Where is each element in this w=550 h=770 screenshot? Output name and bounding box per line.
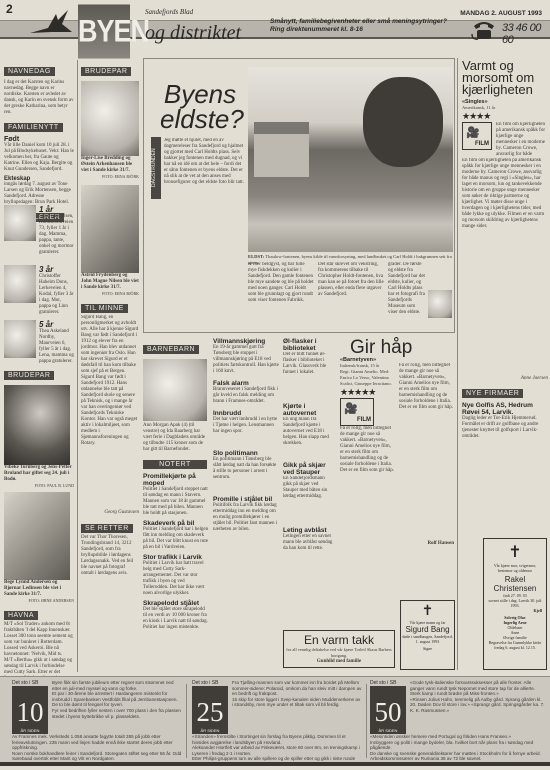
wedding-photo-4 [81,185,139,273]
anniv-number-box: 50ÅR SIDEN [370,686,406,734]
issue-date: MANDAG 2. AUGUST 1993 [460,10,542,17]
footer-block-10: Det sto i SB 10ÅR SIDEN Byen fikk sin fø… [12,680,182,762]
takk-title: En varm takk [284,633,394,647]
anniv-number: 25 [197,697,224,727]
footer-items-top: Byen fikk sin første jubileum etter regn… [52,680,182,734]
main-headline: Byens eldste? [160,82,240,132]
familienytt-label: FAMILIENYTT [4,123,63,132]
news-text: En 19-år gammel gutt fra Tønsberg ble st… [213,345,279,375]
mid-news-column-2: Øl-flasker i biblioteket Det er blitt fu… [283,338,333,552]
footer-block-top: Det sto i SB 50ÅR SIDEN «Gode tysk-itali… [370,680,546,734]
review-mid-right: Få er rolig, men nittegliet de mange gir… [399,357,454,547]
wedding-photo-2 [4,492,70,580]
kicker-label: DAGSTRUNDEN [151,137,161,199]
news-heading: Falsk alarm [213,380,279,387]
film-row: 🎥FILM En film om kjærligheten på amerika… [462,122,548,158]
obit-name: Rakel Christensen [484,575,546,593]
news-text: Det har vært innbrudd i en hytte i Tjøme… [213,417,279,435]
footer-item: Et par i 30-årene ble arrestert i Hardan… [52,691,182,708]
obituary-rakel-christensen: ✝ Vår kjære mor, svigermor, bestemor og … [483,538,547,670]
footer-divider [366,684,367,758]
barnebarn-label: BARNEBARN [143,345,199,354]
second-column: BRUDEPAR Inger-Lise Bredding og Østein A… [81,60,139,577]
obituary-sigurd-bang: ✝ Vår kjære mann og far Sigurd Bang døde… [400,600,455,670]
review-mid-body: «Barnetyven» Italiensk/fransk, 15 år Reg… [340,357,455,547]
seabird-logo-icon [28,8,73,36]
til-minne-label: TIL MINNE [81,304,128,313]
obit-text: døde i sandhaugen, Sandefjord, 1. august… [401,634,454,644]
footer-item: 15 skip for store ligget i Svep-kanalen … [232,697,362,708]
notert-heading: Promillekjørte på moped [143,473,209,487]
anniv-box: Det sto i SB 10ÅR SIDEN [12,680,48,734]
wedding-caption-4: Astrid Frydenberg og John Magne Nilsen b… [81,273,139,291]
fodt-heading: Født [4,136,74,143]
photo-credit: FOTO: PAUL B. LUND [4,483,74,489]
children-photo [143,359,207,421]
news-heading: Øl-flasker i biblioteket [283,338,333,352]
news-text: Politifolk fra Larvik fikk lørdag etterm… [213,503,279,533]
tips-line-2: Ring direktenummeret kl. 8-16 [270,26,447,34]
gratulerer-text: Christoffer Haheim Dons, Lerkeveien 4, K… [39,274,74,316]
footer-block-50: Det sto i SB 50ÅR SIDEN «Gode tysk-itali… [370,680,546,762]
anniv-sub: ÅR SIDEN [370,728,406,733]
main-body-4: grader. De første og eldste fra Sandefjo… [388,262,426,330]
author-photo [428,290,452,318]
footer-item: Arbeidskommissærer av Rumania 36 av 72 b… [370,756,546,762]
section-logo: BYEN [78,4,130,58]
building-shape [254,122,309,177]
footer-block-top: Det sto i SB 10ÅR SIDEN Byen fikk sin fø… [12,680,182,734]
caption-lead: ELDST: [248,254,264,259]
photo-credit-3: FOTO: ERNA BJÖRK [81,174,139,180]
news-heading: Villmannskjøring [213,338,279,345]
age-label: 3 år [39,265,74,274]
child-photo [4,205,36,241]
review-mid-text: Få er rolig, men nittegliet de mange gir… [340,426,395,526]
anniv-number: 10 [17,697,44,727]
wedding-caption-2: Bege Lynnd Andersen og Bjørnar Ledinsen … [4,580,74,598]
mid-news-column: Villmannskjøring En 19-år gammel gutt fr… [213,338,279,533]
footer-item: «Gode tysk-italienske forsvarssuksesser … [410,680,546,697]
news-heading: Slo politimann [213,450,279,457]
review-barnetyven: Gir håp «Barnetyven» Italiensk/fransk, 1… [340,338,455,547]
notert-text: Politiet i Sandefjord har i helgen fått … [143,527,209,551]
notert-text: Det ble stjålet store skrapelodd til en … [143,607,209,631]
film-label: FILM [475,141,489,147]
se-retter-label: SE RETTER [81,524,133,533]
film-credits: Regi: Gianni Amelio. Med: Enrico Lo Vers… [340,369,395,387]
age-label: 5 år [39,320,74,329]
takk-signature: Gunhild med familie [284,659,394,665]
footer-divider [186,684,187,758]
notert-text: Politiet i Larvik har hatt travel helg m… [143,561,209,597]
notert-label: NOTERT [143,460,207,469]
footer-item: Aleksander Hiortfelt var arbeid av Fiske… [192,745,362,756]
wedding-caption-3: Inger-Lise Bredding og Østein Arkenhause… [81,156,139,174]
review-headline: Varmt og morsomt om kjærligheten [462,60,548,96]
obit-funeral: Begravelse fra Grønnlykke kirke fredag 6… [484,640,546,650]
news-text: En ung mann fra Sandefjord kjørte i auto… [283,417,333,459]
anniv-box: Det sto i SB 25ÅR SIDEN [192,680,228,734]
review-intro: En film om kjærligheten på amerikansk sp… [496,122,546,158]
photo-credit-2: FOTO: ØRNE ANDERSEN [4,598,74,604]
fodt-text: Vår lille Daniel kom 10 juli 28. i Jul p… [4,143,74,173]
review-body: En film om kjærligheten på amerikansk sp… [462,158,548,376]
left-column: NAVNEDAG I dag er det Karsten og Karins … [4,60,74,224]
firm-headline: Nye Golfis AS, Hedrum Røvei 54, Larvik. [462,402,548,416]
til-minne-signature: Georg Gustavsen [81,510,139,516]
page-number: 2 [6,2,13,16]
footer-items-top: «Gode tysk-italienske forsvarssuksesser … [410,680,546,734]
column-divider-right [457,58,458,670]
review-singles: Varmt og morsomt om kjærligheten «Single… [462,60,548,440]
phone-number: 33 46 00 60 [502,22,550,46]
obit-text: sovnet stille i dag. Larvik 30. juli 199… [484,598,546,608]
footer-item: «Rinsen Julius Hahn, temmelig på Aulby g… [410,697,546,714]
review-mid-left: «Barnetyven» Italiensk/fransk, 15 år Reg… [340,357,395,547]
child-photo [4,265,36,303]
camera-glyph: 🎥 [466,126,480,139]
footer-block-top: Det sto i SB 25ÅR SIDEN Fra Tjølling-man… [192,680,362,734]
main-body-3: Det står skrevet om vekstring, fra komme… [318,262,384,330]
notert-heading: Skadeverk på bil [143,520,209,527]
obit-pre: Vår kjære mor, svigermor, bestemor og ol… [484,563,546,573]
navnedag-label: NAVNEDAG [4,67,55,76]
footer-item: «Stranden» fremstilte i Stortinget sin f… [192,734,362,745]
gratulerer-item: 3 år Christoffer Haheim Dons, Lerkeveien… [4,265,74,320]
gratulerer-list: 1 år Stine Gabrielsen, Hundsholmveien 73… [4,205,74,370]
review-mid-signature: Rolf Hansen [399,541,454,547]
nye-firmaer-label: NYE FIRMAER [462,389,523,398]
havna-text-1: M/T «Sol Trader» ankom med 6t fraktbåten… [4,622,74,658]
footer-block-25: Det sto i SB 25ÅR SIDEN Fra Tjølling-man… [192,680,362,768]
footer-item: Fyr ved bedriften fyller nesten i over 7… [52,708,182,719]
takk-text: for all vennlig deltakelse ved vår kjære… [284,647,394,659]
news-heading: Promille i stjålet bil [213,496,279,503]
anniv-number: 50 [375,697,402,727]
obit-name: Sigurd Bang [401,625,454,634]
se-retter-text: Det var Thor Thoresen, Trondingsbrand 14… [81,535,139,577]
film-camera-icon: 🎥FILM [462,122,492,150]
gratulerer-text: Thea Askeland Nordby, Maurveien 6, fylle… [39,329,74,365]
review-mid-text-2: Få er rolig, men nittegliet de mange gir… [399,363,454,541]
film-camera-icon-2: 🎥FILM [340,398,374,426]
anniv-number-box: 25ÅR SIDEN [192,686,228,734]
takk-box: En varm takk for all vennlig deltakelse … [283,630,395,668]
footer-item: Fra Tjølling-mannen som var kommet inn f… [232,680,362,697]
film-label-2: FILM [357,417,371,423]
news-text: Brannvesenet i Sandefjord fikk i går kve… [213,387,279,405]
obit-sign: Kjell [484,608,546,613]
review-mid-headline: Gir håp [350,338,455,357]
child-photo [4,320,36,358]
footer-item: Byen fikk sin første jubileum etter regn… [52,680,182,691]
telephone-icon [470,20,498,40]
brudepar-label: BRUDEPAR [4,371,54,380]
fountain-photo [248,67,453,252]
cross-icon: ✝ [484,543,546,563]
footer-item: Av Framnes mek. Verksteds 1.058 ansatte … [12,734,182,751]
anniv-sub: ÅR SIDEN [192,728,228,733]
section-subtitle: og distriktet [145,22,241,45]
news-text: Letingen etter en savnet mann ble avblås… [283,534,333,552]
tree-shape [363,77,443,167]
obit-sign: Signe [401,646,454,651]
gratulerer-item: 5 år Thea Askeland Nordby, Maurveien 6, … [4,320,74,370]
footer-item: Innbyggere og politi i mange bydeler, bl… [370,740,546,751]
wedding-photo [4,385,70,465]
cross-icon: ✝ [401,604,454,620]
gratulerer-text: Stine Gabrielsen, Hundsholmveien 73, fyl… [39,214,74,256]
navnedag-text: I dag er det Karsten og Karins navnedag.… [4,80,74,116]
news-heading: Innbrudd [213,410,279,417]
notert-heading: Skrapelodd stjålet [143,600,209,607]
news-text: En Sandefjordsmann gikk på skjær ved Sta… [283,476,333,524]
anniv-number-box: 10ÅR SIDEN [12,686,48,734]
anniv-box: Det sto i SB 50ÅR SIDEN [370,680,406,734]
anniv-sub: ÅR SIDEN [12,728,48,733]
ekteskap-text: inngås lørdag 7. august av Tone Larsen o… [4,182,74,206]
review-signature: Anne Jaersen [462,376,548,382]
age-label: 1 år [39,205,74,214]
firm-text: Daglig leder er Tor-Erik Hjemmerud. Form… [462,416,548,440]
main-body-1: Jeg møtte et hjulet, med en av dagmerele… [164,138,244,266]
paper-name: Sandefjords Blad [145,8,193,16]
notert-heading: Stor trafikk i Larvik [143,554,209,561]
footer-item: Etter Philips-gruppens turn av alle spil… [192,756,362,767]
brudepar-left: BRUDEPAR Vibeke Tornberg og Jens-Petter … [4,364,74,682]
gratulerer-item: 1 år Stine Gabrielsen, Hundsholmveien 73… [4,205,74,255]
news-text: Det er blitt funnet øl-flasker i bibliot… [283,352,333,400]
footer-items-top: Fra Tjølling-mannen som var kommet inn f… [232,680,362,734]
photo-credit-4: FOTO: ERNA BJÖRK [81,291,139,297]
til-minne-text: Sigurd Bang, en personligmerket og avhol… [81,315,139,510]
barnebarn-caption: Ann Morgan Apak (4) (til venstre) og Ida… [143,423,209,453]
rating-stars-2: ★★★★★ [340,387,395,398]
footer-item: Noen norske bokhandlere feirer i Sandefj… [12,751,182,762]
havna-label: HAVNA [4,611,38,620]
news-heading: Leting avblåst [283,527,333,534]
wedding-caption: Vibeke Tornberg og Jens-Petter Bruland h… [4,465,74,483]
camera-glyph: 🎥 [344,402,358,415]
notert-text: Politiet i Sandefjord stoppet natt til s… [143,487,209,517]
rating-stars: ★★★★ [462,111,548,122]
main-body-2: er mer beldgyst, og bar fulle mye fiskde… [248,262,314,330]
news-text: En politimann i Tønsberg ble slått lørda… [213,457,279,481]
tips-banner: Smånytt, familiebegivenheter eller små m… [270,18,447,34]
column-divider [77,60,78,672]
barnebarn-column: BARNEBARN Ann Morgan Apak (4) (til venst… [143,338,209,631]
news-heading: Gikk på skjær ved Stauper [283,462,333,476]
brudepar-label-2: BRUDEPAR [81,67,131,76]
wedding-photo-3 [81,81,139,156]
tips-line-1: Smånytt, familiebegivenheter eller små m… [270,18,447,26]
news-heading: Kjørte i autovernet [283,403,333,417]
